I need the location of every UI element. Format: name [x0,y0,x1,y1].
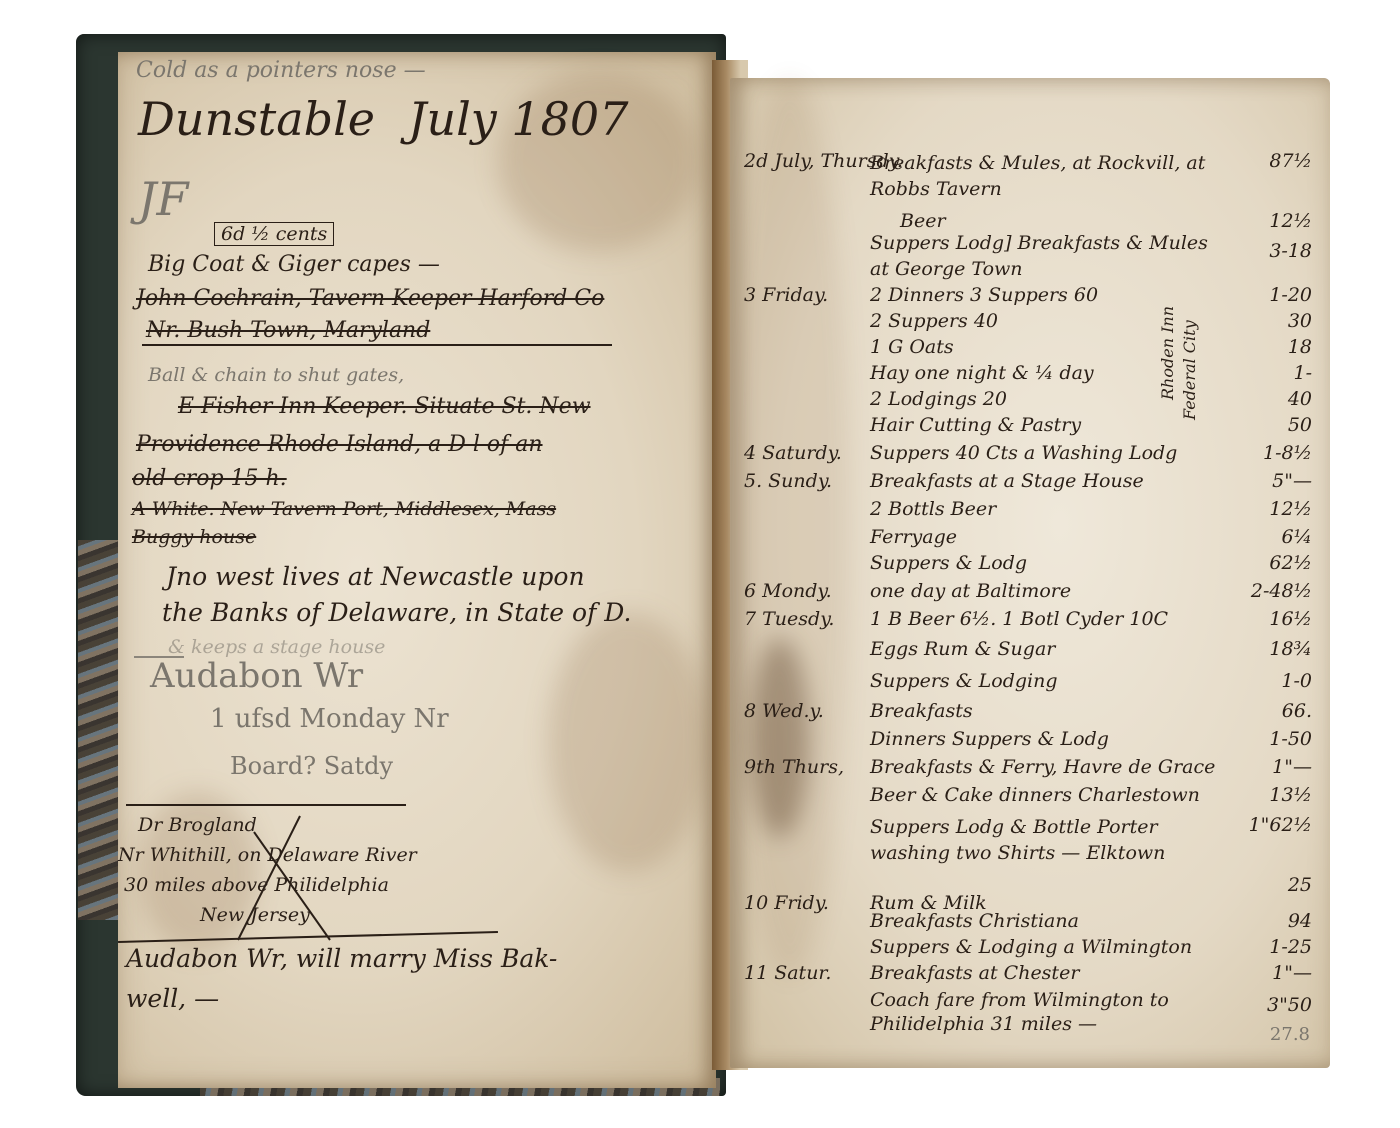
ledger-row: 1 G Oats 18 [730,336,1330,362]
ledger-row: Suppers & Lodging a Wilmington 1-25 [730,936,1330,962]
ledger-row: Suppers Lodg] Breakfasts & Mules at Geor… [730,230,1330,256]
closing-note-line: Audabon Wr, will marry Miss Bak- [126,944,557,973]
note-line: Ball & chain to shut gates, [148,364,404,386]
ledger-row: 2 Suppers 40 30 [730,310,1330,336]
ledger-row: Beer & Cake dinners Charlestown 13½ [730,784,1330,810]
pencil-note: & keeps a stage house [168,636,385,658]
journal-date: July 1807 [408,92,628,146]
ledger-row: 11 Satur. Breakfasts at Chester 1"— [730,962,1330,988]
ledger-row: 8 Wed.y. Breakfasts 66. [730,700,1330,726]
ledger-row: 9th Thurs, Breakfasts & Ferry, Havre de … [730,756,1330,782]
west-note-line: Jno west lives at Newcastle upon [166,562,585,591]
ledger-row: Dinners Suppers & Lodg 1-50 [730,728,1330,754]
west-note-line: the Banks of Delaware, in State of D. [162,598,631,627]
open-journal: Cold as a pointers nose — Dunstable July… [0,0,1400,1128]
struck-line: A White. New Tavern Port, Middlesex, Mas… [132,498,556,520]
pencil-note: 1 ufsd Monday Nr [210,704,449,734]
ledger-row: Suppers Lodg & Bottle Porter washing two… [730,814,1330,840]
header-note: Cold as a pointers nose — [136,58,426,83]
closing-note-line: well, — [126,984,219,1013]
left-page: Cold as a pointers nose — Dunstable July… [118,52,716,1088]
ledger-row: 4 Saturdy. Suppers 40 Cts a Washing Lodg… [730,442,1330,468]
struck-line: John Cochrain, Tavern Keeper Harford Co [136,286,604,311]
ledger-row: 3 Friday. 2 Dinners 3 Suppers 60 1-20 [730,284,1330,310]
ledger-row: 7 Tuesdy. 1 B Beer 6½. 1 Botl Cyder 10C … [730,608,1330,634]
boxed-note: 6d ½ cents [214,222,334,246]
ledger-row: 2 Bottls Beer 12½ [730,498,1330,524]
struck-line: Nr. Bush Town, Maryland [146,318,430,343]
cross-out-mark [218,812,338,942]
pencil-note: Audabon Wr [150,656,363,696]
marbled-edge [78,540,120,920]
ledger-row: Suppers & Lodg 62½ [730,552,1330,578]
note-line: Big Coat & Giger capes — [148,252,440,277]
journal-title: Dunstable [138,92,375,146]
side-note-inn: Rhoden Inn [1158,306,1177,400]
ledger-row: 2d July, Thursdy. Breakfasts & Mules, at… [730,150,1330,176]
ledger-row: Hay one night & ¼ day 1- [730,362,1330,388]
page-total: 27.8 [1270,1024,1310,1045]
struck-line: E Fisher Inn Keeper. Situate St. New [178,394,591,419]
struck-line: old crop 15 h. [132,466,287,491]
ledger-row: Ferryage 6¼ [730,526,1330,552]
ledger-row: Breakfasts Christiana 94 [730,910,1330,936]
right-page-ledger: 2d July, Thursdy. Breakfasts & Mules, at… [730,78,1330,1068]
struck-line: Providence Rhode Island, a D l of an [136,432,543,457]
pencil-note: Board? Satdy [230,752,393,780]
ledger-row: Suppers & Lodging 1-0 [730,670,1330,696]
ledger-row: 2 Lodgings 20 40 [730,388,1330,414]
ledger-row: Eggs Rum & Sugar 18¾ [730,638,1330,664]
ledger-row: 6 Mondy. one day at Baltimore 2-48½ [730,580,1330,606]
ledger-row: 5. Sundy. Breakfasts at a Stage House 5"… [730,470,1330,496]
ledger-row: Hair Cutting & Pastry 50 [730,414,1330,440]
ledger-row: Coach fare from Wilmington to Philidelph… [730,988,1330,1014]
initials: JF [138,172,188,226]
side-note-city: Federal City [1180,320,1199,420]
struck-line: Buggy house [132,526,256,548]
